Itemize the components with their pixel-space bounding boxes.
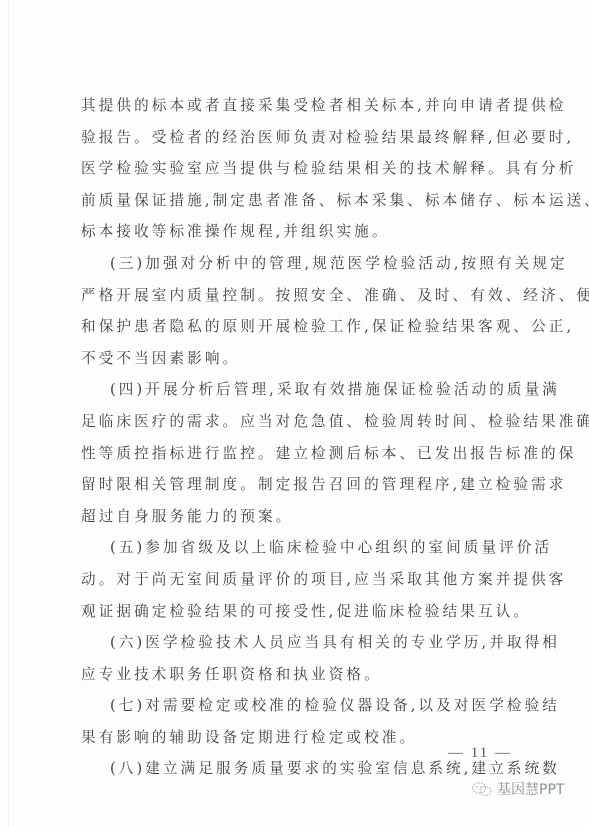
page-number: — 11 —	[445, 745, 515, 762]
watermark-text: 基因慧PPT	[497, 779, 564, 799]
watermark: 基因慧PPT	[471, 779, 564, 799]
text-line: 性等质控指标进行监控。建立检测后标本、已发出报告标准的保	[81, 438, 513, 470]
section-4-heading-line: (四)开展分析后管理,采取有效措施保证检验活动的质量满	[81, 374, 513, 406]
section-3-heading-line: (三)加强对分析中的管理,规范医学检验活动,按照有关规定	[81, 248, 513, 280]
text-line: 不受不当因素影响。	[81, 343, 513, 375]
text-line: 标本接收等标准操作规程,并组织实施。	[81, 216, 513, 248]
document-page: 其提供的标本或者直接采集受检者相关标本,并向申请者提供检 验报告。受检者的经治医…	[0, 0, 589, 826]
section-5-heading-line: (五)参加省级及以上临床检验中心组织的室间质量评价活	[81, 532, 513, 564]
text-line: 和保护患者隐私的原则开展检验工作,保证检验结果客观、公正,	[81, 311, 513, 343]
wechat-icon	[471, 781, 493, 797]
document-body: 其提供的标本或者直接采集受检者相关标本,并向申请者提供检 验报告。受检者的经治医…	[81, 90, 513, 785]
text-line: 动。对于尚无室间质量评价的项目,应当采取其他方案并提供客	[81, 564, 513, 596]
page-edge	[8, 0, 9, 826]
text-line: 足临床医疗的需求。应当对危急值、检验周转时间、检验结果准确	[81, 406, 513, 438]
text-line: 验报告。受检者的经治医师负责对检验结果最终解释,但必要时,	[81, 122, 513, 154]
text-line: 严格开展室内质量控制。按照安全、准确、及时、有效、经济、便民	[81, 280, 513, 312]
text-line: 超过自身服务能力的预案。	[81, 501, 513, 533]
section-6-heading-line: (六)医学检验技术人员应当具有相关的专业学历,并取得相	[81, 627, 513, 659]
text-line: 留时限相关管理制度。制定报告召回的管理程序,建立检验需求	[81, 469, 513, 501]
text-line: 前质量保证措施,制定患者准备、标本采集、标本储存、标本运送、	[81, 185, 513, 217]
section-7-heading-line: (七)对需要检定或校准的检验仪器设备,以及对医学检验结	[81, 690, 513, 722]
text-line: 其提供的标本或者直接采集受检者相关标本,并向申请者提供检	[81, 90, 513, 122]
text-line: 医学检验实验室应当提供与检验结果相关的技术解释。具有分析	[81, 153, 513, 185]
text-line: 观证据确定检验结果的可接受性,促进临床检验结果互认。	[81, 596, 513, 628]
text-line: 应专业技术职务任职资格和执业资格。	[81, 659, 513, 691]
